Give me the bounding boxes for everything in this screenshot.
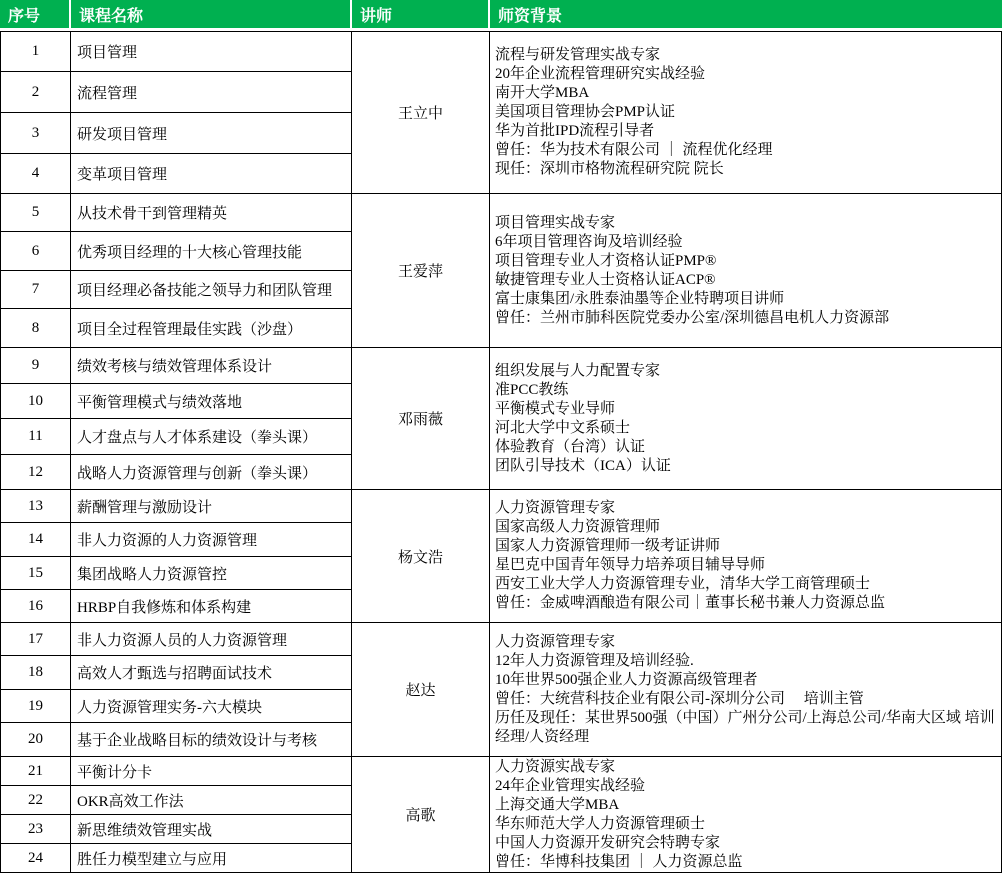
cell-course-name: 人力资源管理实务-六大模块 xyxy=(71,690,352,723)
cell-course-name: 平衡计分卡 xyxy=(71,757,352,786)
cell-course-name: 新思维绩效管理实战 xyxy=(71,815,352,844)
cell-course-no: 17 xyxy=(0,623,71,656)
cell-course-no: 3 xyxy=(0,113,71,154)
cell-course-no: 7 xyxy=(0,271,71,309)
cell-teacher-background: 流程与研发管理实战专家 20年企业流程管理研究实战经验 南开大学MBA 美国项目… xyxy=(490,31,1002,194)
table-row: 13 薪酬管理与激励设计 杨文浩 人力资源管理专家 国家高级人力资源管理师 国家… xyxy=(0,490,1002,523)
cell-course-no: 16 xyxy=(0,590,71,623)
cell-teacher: 高歌 xyxy=(352,757,490,873)
cell-course-no: 21 xyxy=(0,757,71,786)
header-row: 序号 课程名称 讲师 师资背景 xyxy=(0,0,1002,31)
cell-course-name: 优秀项目经理的十大核心管理技能 xyxy=(71,232,352,271)
cell-course-no: 11 xyxy=(0,419,71,455)
cell-course-name: 变革项目管理 xyxy=(71,154,352,194)
cell-course-name: HRBP自我修炼和体系构建 xyxy=(71,590,352,623)
cell-teacher-background: 组织发展与人力配置专家 准PCC教练 平衡模式专业导师 河北大学中文系硕士 体验… xyxy=(490,348,1002,490)
cell-course-name: 绩效考核与绩效管理体系设计 xyxy=(71,348,352,384)
cell-course-name: 非人力资源人员的人力资源管理 xyxy=(71,623,352,656)
cell-course-name: 从技术骨干到管理精英 xyxy=(71,194,352,232)
cell-course-no: 12 xyxy=(0,455,71,490)
cell-course-name: 战略人力资源管理与创新（拳头课） xyxy=(71,455,352,490)
cell-course-name: 项目全过程管理最佳实践（沙盘） xyxy=(71,309,352,348)
cell-course-no: 1 xyxy=(0,31,71,72)
course-table: 序号 课程名称 讲师 师资背景 1 项目管理 王立中 流程与研发管理实战专家 2… xyxy=(0,0,1002,873)
column-header-no: 序号 xyxy=(0,0,71,31)
cell-course-no: 22 xyxy=(0,786,71,815)
cell-course-no: 4 xyxy=(0,154,71,194)
cell-course-name: 非人力资源的人力资源管理 xyxy=(71,523,352,557)
cell-course-name: OKR高效工作法 xyxy=(71,786,352,815)
cell-course-name: 集团战略人力资源管控 xyxy=(71,557,352,590)
table-row: 5 从技术骨干到管理精英 王爱萍 项目管理实战专家 6年项目管理咨询及培训经验 … xyxy=(0,194,1002,232)
column-header-background: 师资背景 xyxy=(490,0,1002,31)
cell-teacher-background: 人力资源管理专家 12年人力资源管理及培训经验. 10年世界500强企业人力资源… xyxy=(490,623,1002,757)
cell-teacher: 杨文浩 xyxy=(352,490,490,623)
cell-teacher-background: 项目管理实战专家 6年项目管理咨询及培训经验 项目管理专业人才资格认证PMP® … xyxy=(490,194,1002,348)
cell-course-name: 研发项目管理 xyxy=(71,113,352,154)
spreadsheet-page: 序号 课程名称 讲师 师资背景 1 项目管理 王立中 流程与研发管理实战专家 2… xyxy=(0,0,1002,873)
cell-course-no: 20 xyxy=(0,723,71,757)
cell-teacher: 王爱萍 xyxy=(352,194,490,348)
cell-course-name: 基于企业战略目标的绩效设计与考核 xyxy=(71,723,352,757)
cell-course-no: 6 xyxy=(0,232,71,271)
cell-course-name: 项目管理 xyxy=(71,31,352,72)
cell-course-no: 15 xyxy=(0,557,71,590)
cell-course-name: 项目经理必备技能之领导力和团队管理 xyxy=(71,271,352,309)
cell-teacher: 王立中 xyxy=(352,31,490,194)
cell-course-no: 8 xyxy=(0,309,71,348)
cell-course-no: 23 xyxy=(0,815,71,844)
cell-course-name: 高效人才甄选与招聘面试技术 xyxy=(71,656,352,690)
table-row: 17 非人力资源人员的人力资源管理 赵达 人力资源管理专家 12年人力资源管理及… xyxy=(0,623,1002,656)
cell-teacher: 邓雨薇 xyxy=(352,348,490,490)
table-row: 21 平衡计分卡 高歌 人力资源实战专家 24年企业管理实战经验 上海交通大学M… xyxy=(0,757,1002,786)
cell-teacher: 赵达 xyxy=(352,623,490,757)
cell-course-no: 5 xyxy=(0,194,71,232)
cell-course-name: 胜任力模型建立与应用 xyxy=(71,844,352,873)
table-row: 1 项目管理 王立中 流程与研发管理实战专家 20年企业流程管理研究实战经验 南… xyxy=(0,31,1002,72)
cell-teacher-background: 人力资源管理专家 国家高级人力资源管理师 国家人力资源管理师一级考证讲师 星巴克… xyxy=(490,490,1002,623)
cell-course-name: 平衡管理模式与绩效落地 xyxy=(71,384,352,419)
cell-course-name: 薪酬管理与激励设计 xyxy=(71,490,352,523)
cell-course-no: 13 xyxy=(0,490,71,523)
cell-course-no: 2 xyxy=(0,72,71,113)
cell-teacher-background: 人力资源实战专家 24年企业管理实战经验 上海交通大学MBA 华东师范大学人力资… xyxy=(490,757,1002,873)
column-header-teacher: 讲师 xyxy=(352,0,490,31)
cell-course-no: 14 xyxy=(0,523,71,557)
cell-course-no: 24 xyxy=(0,844,71,873)
cell-course-no: 19 xyxy=(0,690,71,723)
table-row: 9 绩效考核与绩效管理体系设计 邓雨薇 组织发展与人力配置专家 准PCC教练 平… xyxy=(0,348,1002,384)
cell-course-no: 10 xyxy=(0,384,71,419)
cell-course-no: 18 xyxy=(0,656,71,690)
cell-course-no: 9 xyxy=(0,348,71,384)
cell-course-name: 人才盘点与人才体系建设（拳头课） xyxy=(71,419,352,455)
cell-course-name: 流程管理 xyxy=(71,72,352,113)
column-header-course: 课程名称 xyxy=(71,0,352,31)
